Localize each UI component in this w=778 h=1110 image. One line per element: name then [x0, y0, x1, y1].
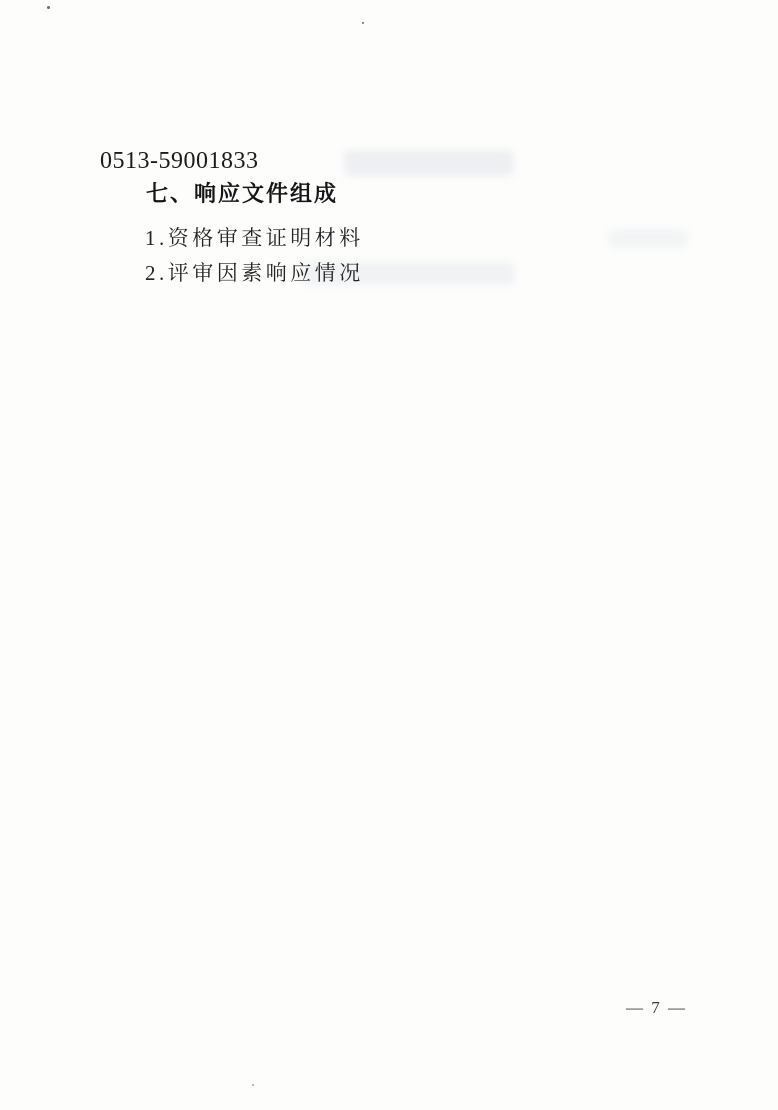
- bleed-through-artifact: [344, 150, 514, 176]
- page-number: — 7 —: [626, 999, 687, 1017]
- dust-speck: [362, 22, 364, 24]
- dust-speck: [47, 6, 50, 9]
- list-item-review-factors: 2.评审因素响应情况: [145, 261, 364, 285]
- dust-speck: [252, 1084, 254, 1086]
- section-heading: 七、响应文件组成: [146, 182, 338, 208]
- list-item-qualification-materials: 1.资格审查证明材料: [145, 226, 364, 250]
- bleed-through-artifact: [608, 229, 688, 248]
- contact-phone-number: 0513-59001833: [100, 149, 259, 173]
- scanned-document-page: 0513-59001833 七、响应文件组成 1.资格审查证明材料 2.评审因素…: [0, 0, 778, 1110]
